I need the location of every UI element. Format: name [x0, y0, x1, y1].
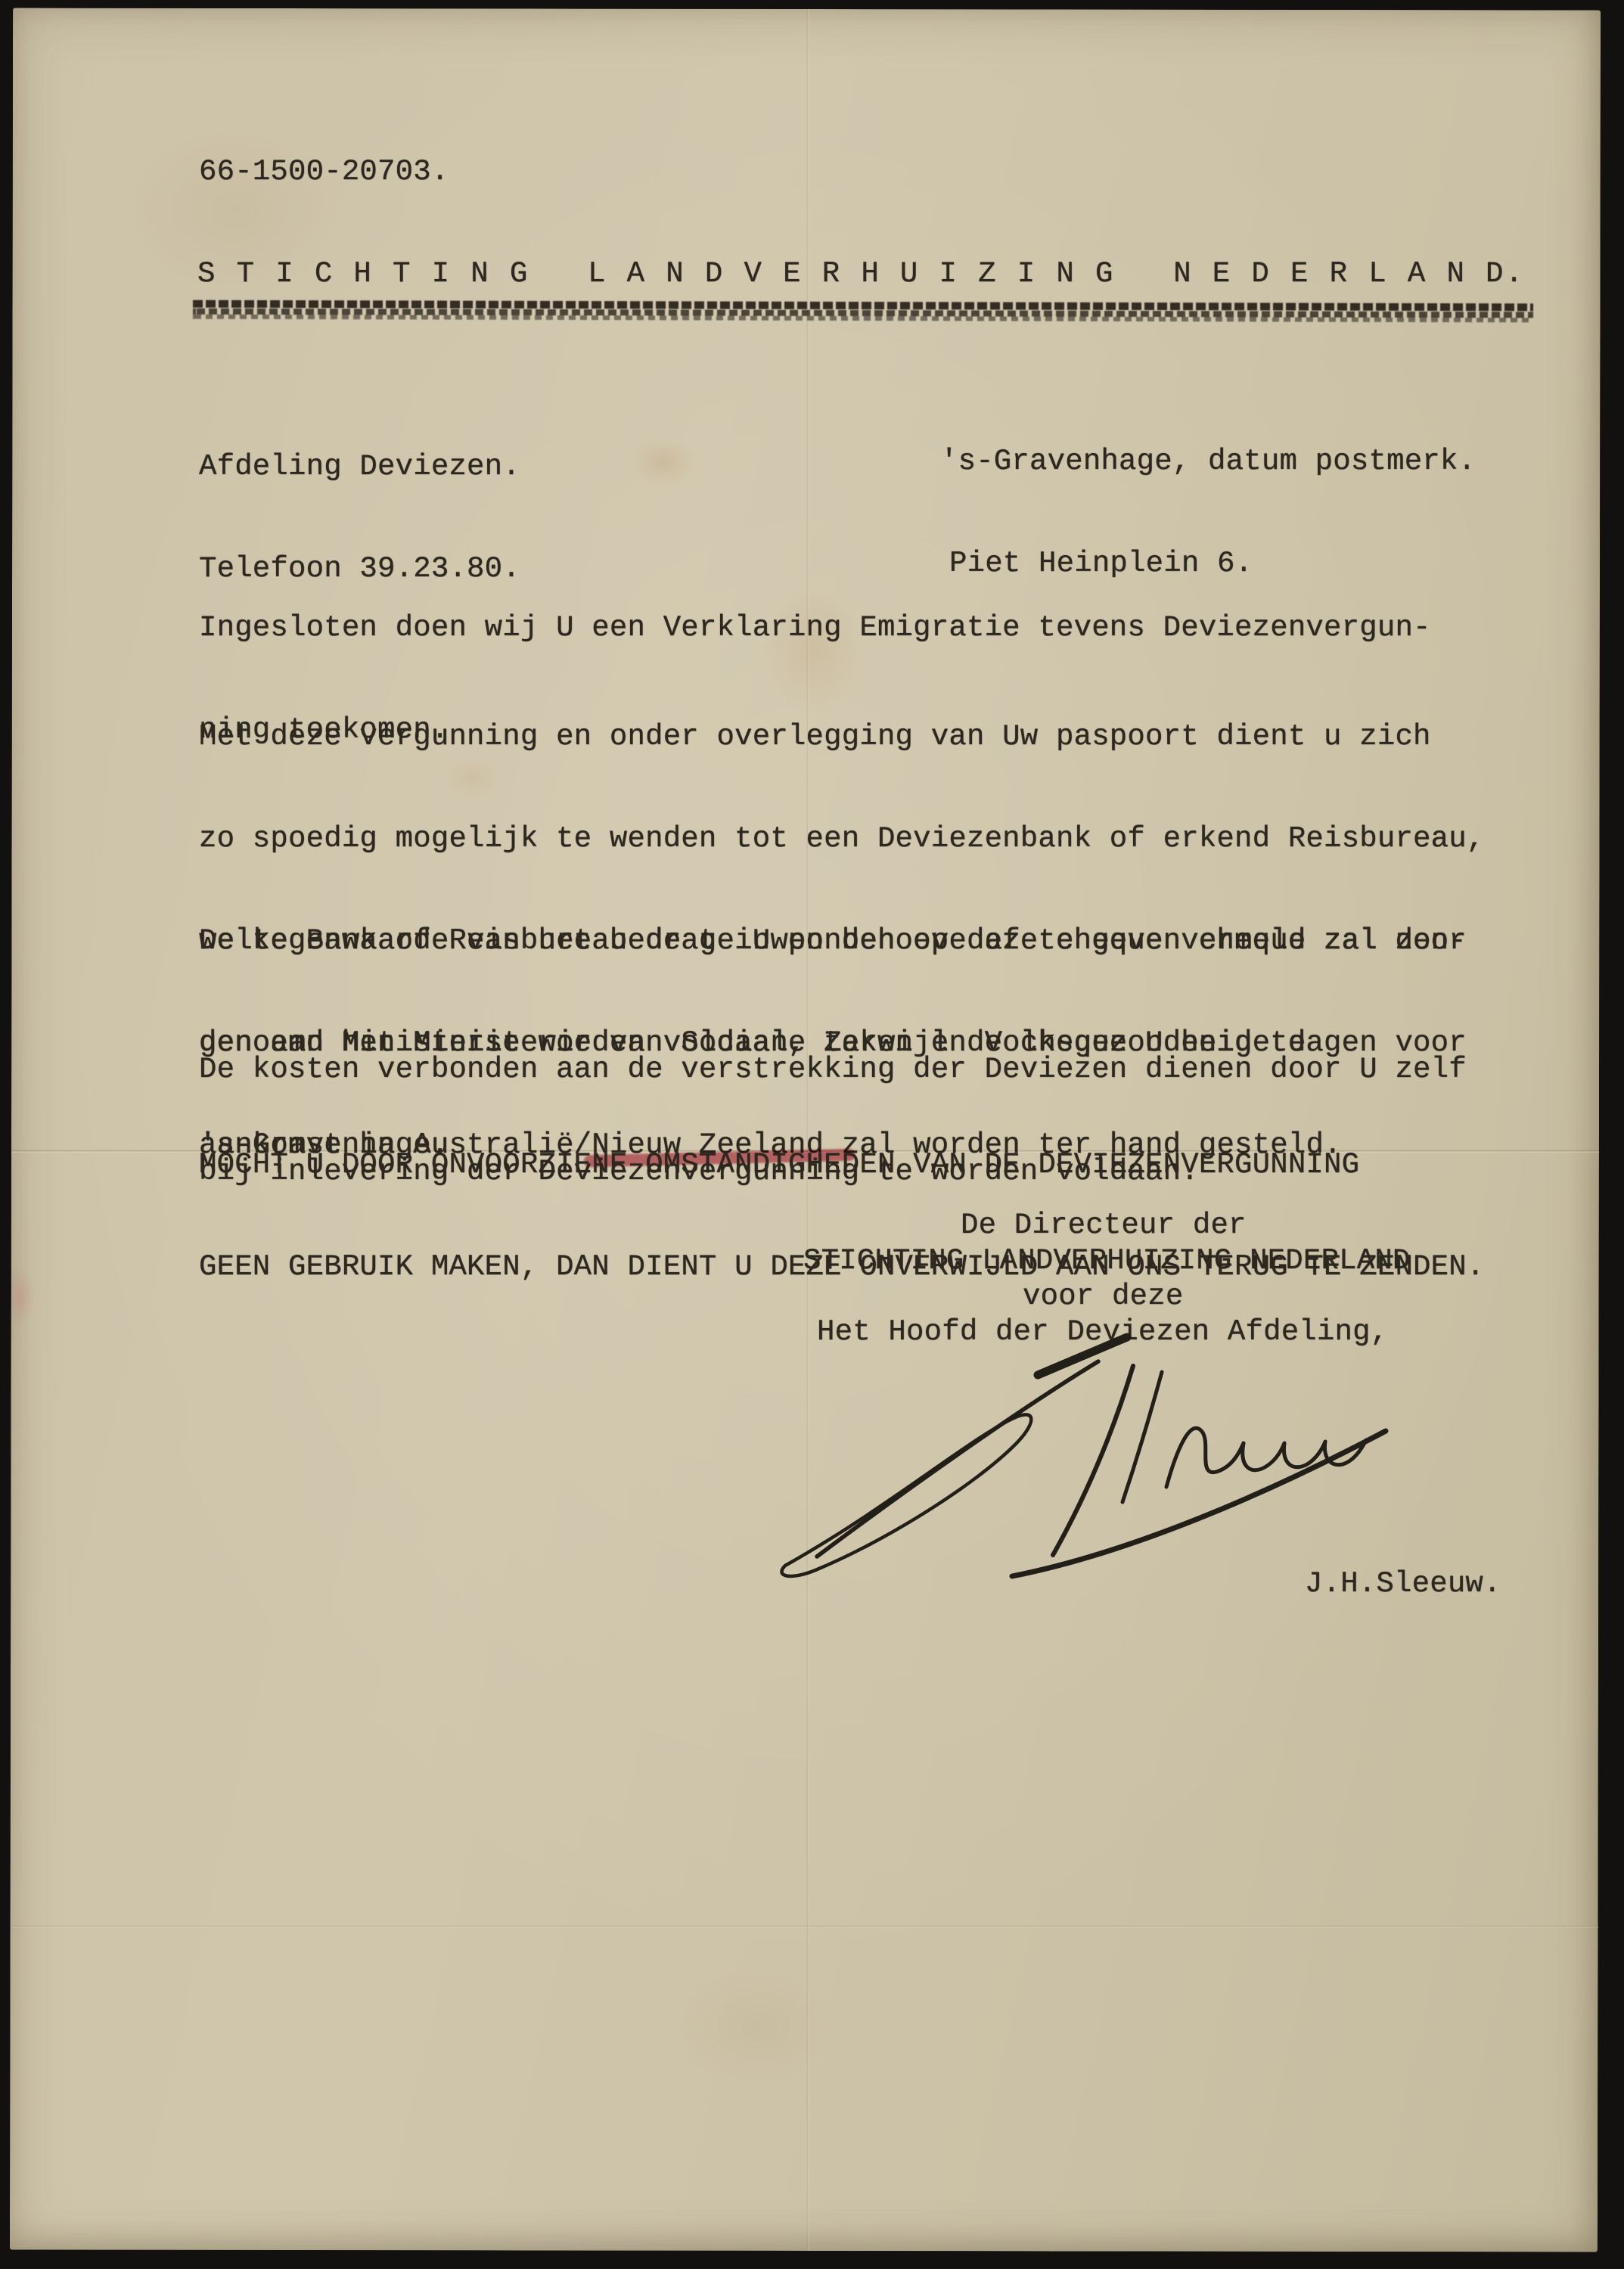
- closing-line-organization: STICHTING LANDVERHUIZING NEDERLAND: [803, 1244, 1411, 1278]
- horizontal-fold-crease-lower: [11, 1925, 1599, 1928]
- text-line: De tegenwaarde van het bedrag in ponden …: [199, 924, 1467, 958]
- reference-number: 66-1500-20703.: [199, 155, 449, 189]
- handwritten-signature: [772, 1325, 1414, 1582]
- text-line: MOCHT U DOOR ONVOORZIENE OMSTANDIGHEDEN …: [199, 1148, 1484, 1182]
- closing-line-voor-deze: voor deze: [1023, 1280, 1183, 1314]
- sender-department: Afdeling Deviezen.: [199, 450, 520, 484]
- text-line: Ingesloten doen wij U een Verklaring Emi…: [199, 611, 1431, 645]
- heading-underline: [193, 300, 1533, 323]
- city-date-line: 's-Gravenhage, datum postmerk.: [940, 445, 1476, 479]
- organization-heading: S T I C H T I N G L A N D V E R H U I Z …: [197, 257, 1525, 291]
- text-line: zo spoedig mogelijk te wenden tot een De…: [199, 822, 1484, 856]
- paragraph-5-capitals: MOCHT U DOOR ONVOORZIENE OMSTANDIGHEDEN …: [199, 1080, 1484, 1352]
- text-line: Met deze vergunning en onder overlegging…: [199, 720, 1484, 754]
- closing-line-director: De Directeur der: [961, 1209, 1247, 1243]
- scanned-letter-page: 66-1500-20703. S T I C H T I N G L A N D…: [0, 0, 1624, 2269]
- signer-name: J.H.Sleeuw.: [1305, 1567, 1501, 1601]
